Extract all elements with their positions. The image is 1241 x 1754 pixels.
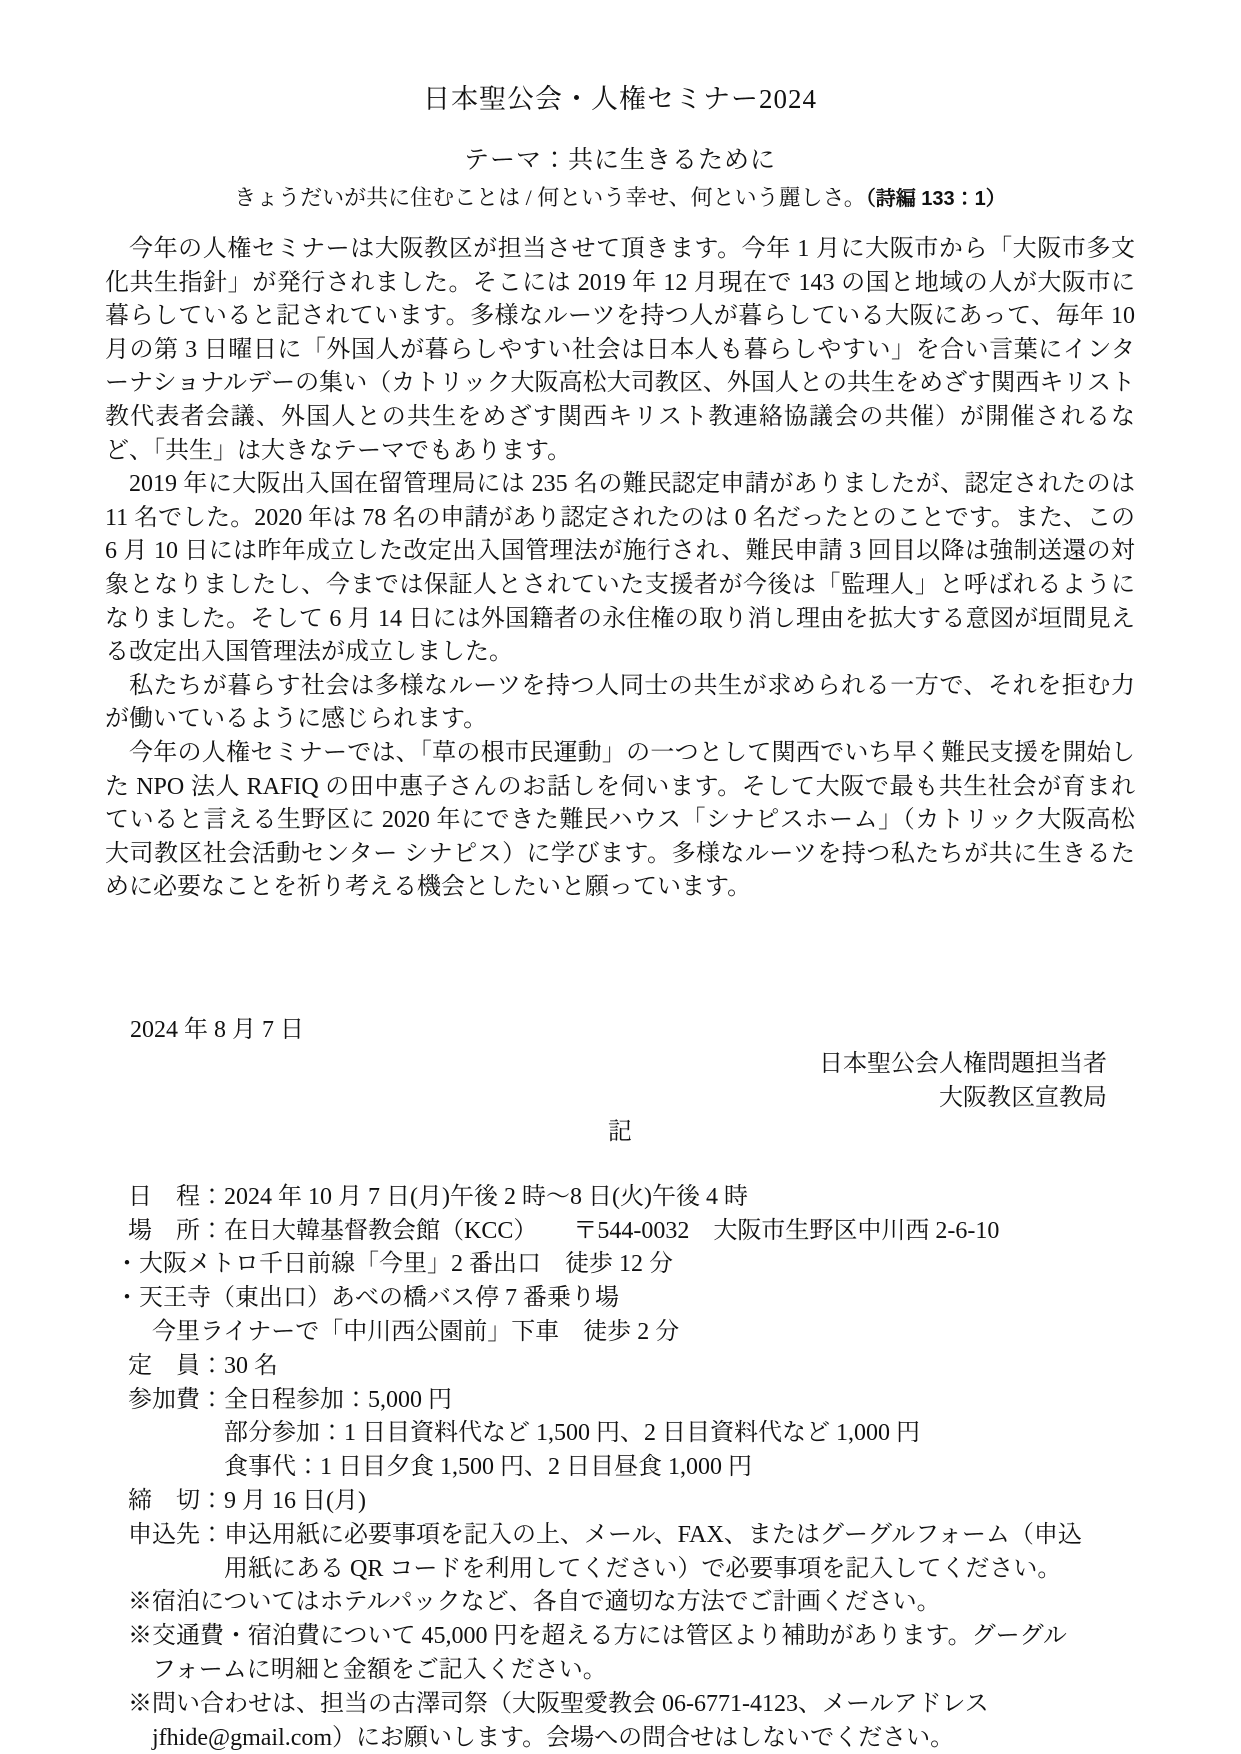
document-body: 今年の人権セミナーは大阪教区が担当させて頂きます。今年 1 月に大阪市から「大阪… xyxy=(105,233,1135,905)
detail-application: 申込先：申込用紙に必要事項を記入の上、メール、FAX、またはグーグルフォーム（申… xyxy=(128,1519,1135,1553)
paragraph-3: 私たちが暮らす社会は多様なルーツを持つ人同士の共生が求められる一方で、それを拒む… xyxy=(105,670,1135,737)
paragraph-4: 今年の人権セミナーでは、「草の根市民運動」の一つとして関西でいち早く難民支援を開… xyxy=(105,737,1135,905)
verse-line: きょうだいが共に住むことは / 何という幸せ、何という麗しさ。（詩編 133：1… xyxy=(105,182,1135,215)
detail-deadline: 締 切：9 月 16 日(月) xyxy=(128,1485,1135,1519)
verse-reference: （詩編 133：1） xyxy=(866,188,1006,210)
detail-fee-partial: 部分参加：1 日目資料代など 1,500 円、2 日目資料代など 1,000 円 xyxy=(128,1417,1135,1451)
detail-fee-full: 参加費：全日程参加：5,000 円 xyxy=(128,1384,1135,1418)
details-section: 日 程：2024 年 10 月 7 日(月)午後 2 時～8 日(火)午後 4 … xyxy=(105,1181,1135,1754)
ki-heading: 記 xyxy=(105,1115,1135,1149)
detail-capacity: 定 員：30 名 xyxy=(128,1350,1135,1384)
detail-access-bus: ・天王寺（東出口）あべの橋バス停 7 番乗り場 xyxy=(115,1282,1135,1316)
detail-fee-meals: 食事代：1 日目夕食 1,500 円、2 日目昼食 1,000 円 xyxy=(128,1451,1135,1485)
document-title: 日本聖公会・人権セミナー2024 xyxy=(105,82,1135,116)
detail-access-metro: ・大阪メトロ千日前線「今里」2 番出口 徒歩 12 分 xyxy=(115,1248,1135,1282)
note-lodging: ※宿泊についてはホテルパックなど、各自で適切な方法でご計画ください。 xyxy=(128,1586,1135,1620)
detail-access-bus-cont: 今里ライナーで「中川西公園前」下車 徒歩 2 分 xyxy=(128,1316,1135,1350)
note-travel-subsidy: ※交通費・宿泊費について 45,000 円を超える方には管区より補助があります。… xyxy=(128,1620,1135,1654)
paragraph-2: 2019 年に大阪出入国在留管理局には 235 名の難民認定申請がありましたが、… xyxy=(105,468,1135,670)
document-page: 日本聖公会・人権セミナー2024 テーマ：共に生きるために きょうだいが共に住む… xyxy=(0,0,1241,1754)
verse-text: きょうだいが共に住むことは / 何という幸せ、何という麗しさ。 xyxy=(234,185,866,210)
signature-organization: 日本聖公会人権問題担当者 xyxy=(105,1047,1135,1081)
document-theme: テーマ：共に生きるために xyxy=(105,144,1135,178)
detail-venue: 場 所：在日大韓基督教会館（KCC） 〒544-0032 大阪市生野区中川西 2… xyxy=(128,1215,1135,1249)
note-contact-cont: jfhide@gmail.com）にお願いします。会場への問合せはしないでくださ… xyxy=(128,1722,1135,1754)
note-contact: ※問い合わせは、担当の古澤司祭（大阪聖愛教会 06-6771-4123、メールア… xyxy=(128,1688,1135,1722)
paragraph-1: 今年の人権セミナーは大阪教区が担当させて頂きます。今年 1 月に大阪市から「大阪… xyxy=(105,233,1135,468)
note-travel-subsidy-cont: フォームに明細と金額をご記入ください。 xyxy=(128,1654,1135,1688)
signature-bureau: 大阪教区宣教局 xyxy=(105,1081,1135,1115)
detail-application-cont: 用紙にある QR コードを利用してください）で必要事項を記入してください。 xyxy=(128,1553,1135,1587)
detail-schedule: 日 程：2024 年 10 月 7 日(月)午後 2 時～8 日(火)午後 4 … xyxy=(128,1181,1135,1215)
document-date: 2024 年 8 月 7 日 xyxy=(105,1013,1135,1047)
